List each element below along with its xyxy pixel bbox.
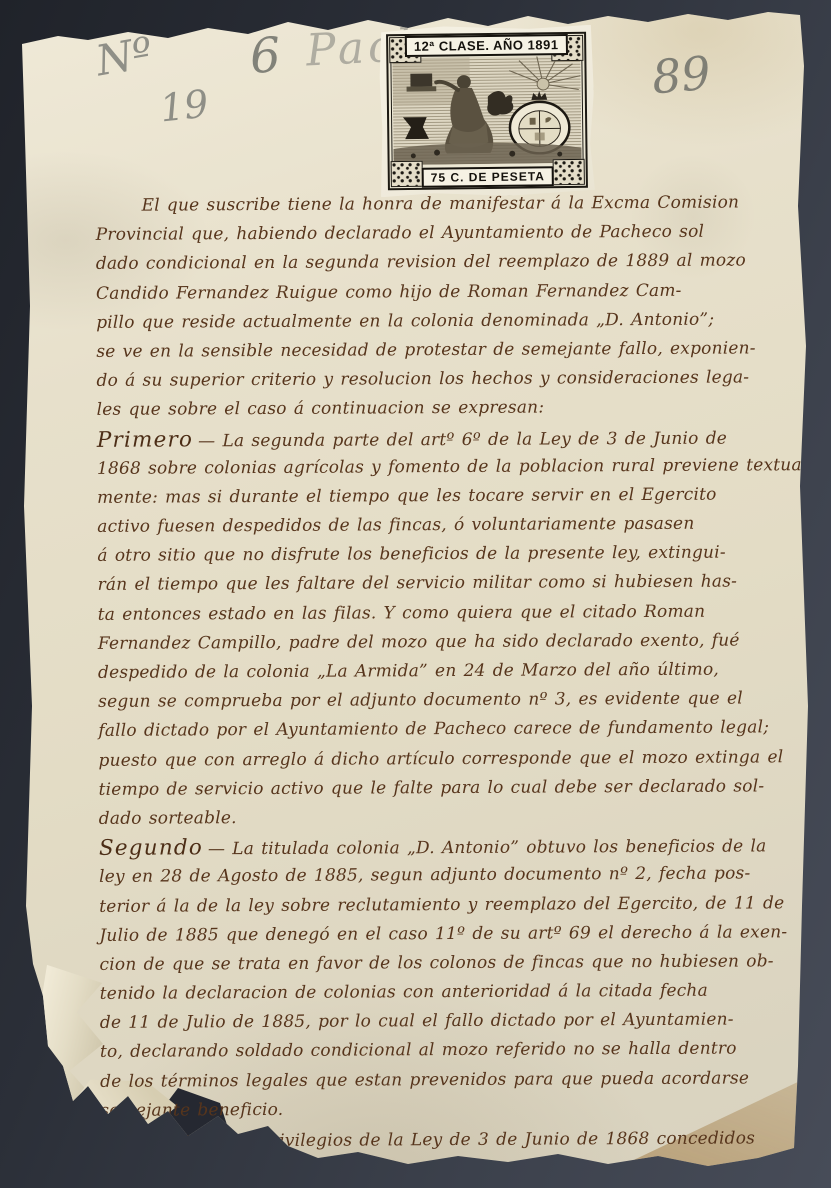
paragraph-lead: Primero: [97, 427, 193, 453]
pedestal-icon: [406, 73, 436, 91]
paragraph-tercero: Tercero— Los privilegios de la Ley de 3 …: [100, 1122, 812, 1155]
manuscript-line: do á su superior criterio y resolucion l…: [96, 363, 808, 396]
stamp-engraving: [392, 56, 581, 165]
manuscript-line: semejante beneficio.: [100, 1093, 812, 1126]
pencil-annotation-19: 19: [158, 82, 211, 131]
manuscript-line: dado sorteable.: [99, 801, 811, 834]
manuscript-line: de los términos legales que estan preven…: [100, 1064, 812, 1097]
manuscript-line: activo fuesen despedidos de las fincas, …: [97, 509, 809, 542]
manuscript-line: á otro sitio que no disfrute los benefic…: [97, 538, 809, 571]
manuscript-line: se ve en la sensible necesidad de protes…: [96, 334, 808, 367]
manuscript-line: El que suscribe tiene la honra de manife…: [95, 188, 807, 221]
manuscript-line: ley en 28 de Agosto de 1885, segun adjun…: [99, 859, 811, 892]
manuscript-line-text: — La segunda parte del artº 6º de la Ley…: [198, 428, 727, 451]
pencil-annotation-89: 89: [650, 46, 713, 105]
manuscript-body: El que suscribe tiene la honra de manife…: [95, 188, 812, 1155]
stamp-frame: 12ª CLASE. AÑO 1891: [386, 32, 588, 190]
manuscript-line: Fernandez Campillo, padre del mozo que h…: [98, 626, 810, 659]
manuscript-line: Provincial que, habiendo declarado el Ay…: [96, 217, 808, 250]
manuscript-line: tiempo de servicio activo que le falte p…: [99, 772, 811, 805]
scanned-document-photo: { "page": { "background_color": "#2b2f38…: [0, 0, 831, 1188]
document-paper: Nº 6 Pacheco 19 89 12ª CLASE. AÑO 1891: [18, 6, 812, 1178]
manuscript-line: Julio de 1885 que denegó en el caso 11º …: [99, 918, 811, 951]
pencil-annotation-file-number: 6: [248, 27, 282, 85]
manuscript-line: to, declarando soldado condicional al mo…: [100, 1035, 812, 1068]
stamp-class-label: 12ª CLASE. AÑO 1891: [405, 34, 568, 57]
manuscript-line: despedido de la colonia „La Armida” en 2…: [98, 655, 810, 688]
manuscript-line: segun se comprueba por el adjunto docume…: [98, 684, 810, 717]
stamp-corner-ornament-icon: [391, 161, 423, 187]
paragraph-lead: Tercero: [100, 1127, 192, 1152]
manuscript-line: Tercero— Los privilegios de la Ley de 3 …: [100, 1122, 812, 1155]
manuscript-line: mente: mas si durante el tiempo que les …: [97, 480, 809, 513]
manuscript-line: fallo dictado por el Ayuntamiento de Pac…: [98, 714, 810, 747]
stamp-value-label: 75 C. DE PESETA: [422, 166, 554, 188]
manuscript-line: puesto que con arreglo á dicho artículo …: [98, 743, 810, 776]
paragraph-lead: Segundo: [99, 835, 203, 861]
sun-icon: [537, 78, 549, 90]
manuscript-line: cion de que se trata en favor de los col…: [99, 947, 811, 980]
pencil-annotation-numero: Nº: [92, 27, 156, 85]
crumpled-torn-edge: [21, 964, 111, 1158]
manuscript-line-text: — La titulada colonia „D. Antonio” obtuv…: [208, 836, 767, 859]
revenue-stamp: 12ª CLASE. AÑO 1891: [379, 25, 595, 198]
manuscript-line: tenido la declaracion de colonias con an…: [100, 976, 812, 1009]
manuscript-line: Candido Fernandez Ruigue como hijo de Ro…: [96, 276, 808, 309]
paragraph-segundo: Segundo— La titulada colonia „D. Antonio…: [99, 830, 813, 1126]
manuscript-line: terior á la de la ley sobre reclutamient…: [99, 889, 811, 922]
manuscript-line: Primero— La segunda parte del artº 6º de…: [97, 422, 809, 455]
manuscript-line: 1868 sobre colonias agrícolas y fomento …: [97, 451, 809, 484]
manuscript-line: pillo que reside actualmente en la colon…: [96, 305, 808, 338]
manuscript-line: de 11 de Julio de 1885, por lo cual el f…: [100, 1005, 812, 1038]
manuscript-line-text: — Los privilegios de la Ley de 3 de Juni…: [197, 1128, 755, 1151]
paragraph-primero: Primero— La segunda parte del artº 6º de…: [97, 422, 811, 834]
stamp-corner-ornament-icon: [553, 159, 585, 185]
paragraph-intro: El que suscribe tiene la honra de manife…: [95, 188, 808, 425]
manuscript-line: dado condicional en la segunda revision …: [96, 247, 808, 280]
manuscript-line: ta entonces estado en las filas. Y como …: [98, 597, 810, 630]
manuscript-line: rán el tiempo que les faltare del servic…: [97, 568, 809, 601]
manuscript-line: les que sobre el caso á continuacion se …: [97, 392, 809, 425]
manuscript-line: Segundo— La titulada colonia „D. Antonio…: [99, 830, 811, 863]
